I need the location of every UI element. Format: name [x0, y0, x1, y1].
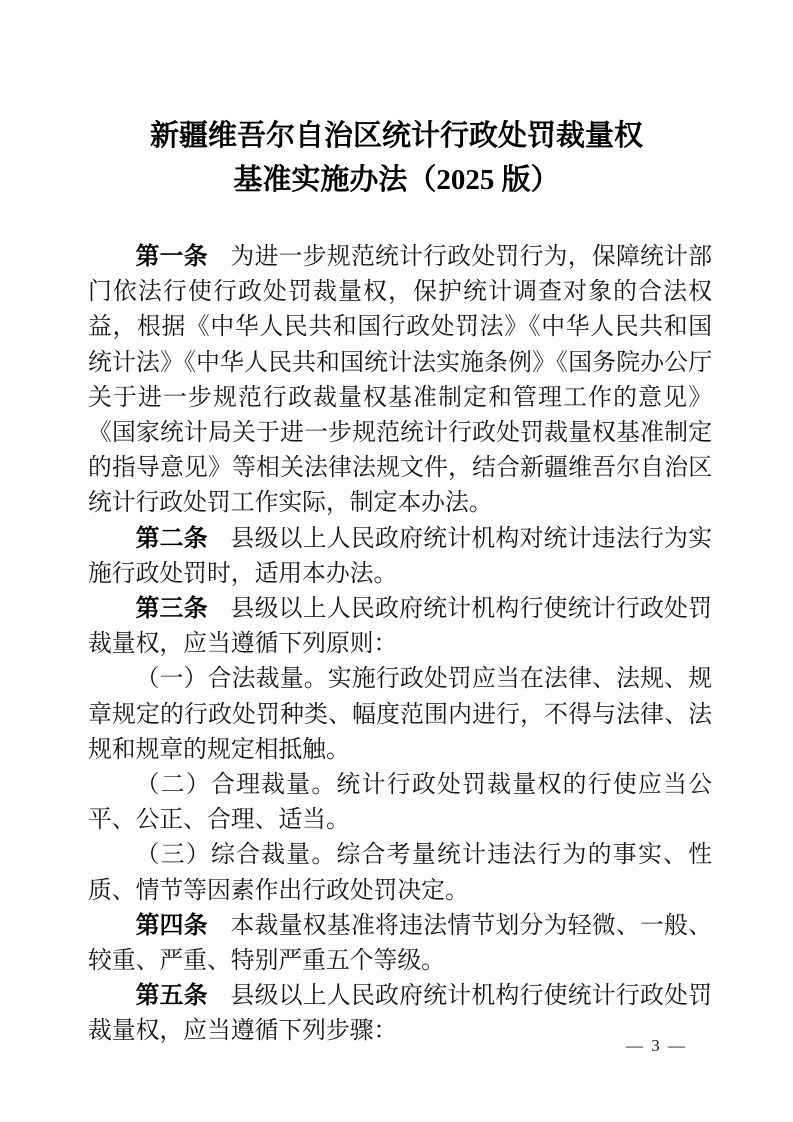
- article-text: （一）合法裁量。实施行政处罚应当在法律、法规、规章规定的行政处罚种类、幅度范围内…: [88, 666, 712, 762]
- article-label: 第三条: [136, 596, 208, 622]
- document-body: 第一条为进一步规范统计行政处罚行为，保障统计部门依法行使行政处罚裁量权，保护统计…: [88, 240, 712, 1050]
- document-page: 新疆维吾尔自治区统计行政处罚裁量权 基准实施办法（2025 版） 第一条为进一步…: [0, 0, 793, 1122]
- article-paragraph: （二）合理裁量。统计行政处罚裁量权的行使应当公平、公正、合理、适当。: [88, 768, 712, 838]
- document-title-line-2: 基准实施办法（2025 版）: [0, 158, 793, 202]
- article-paragraph: （三）综合裁量。综合考量统计违法行为的事实、性质、情节等因素作出行政处罚决定。: [88, 838, 712, 908]
- article-label: 第二条: [136, 526, 208, 552]
- article-paragraph: 第五条县级以上人民政府统计机构行使统计行政处罚裁量权，应当遵循下列步骤：: [88, 979, 712, 1049]
- article-paragraph: 第二条县级以上人民政府统计机构对统计违法行为实施行政处罚时，适用本办法。: [88, 522, 712, 592]
- article-label: 第五条: [136, 983, 208, 1009]
- article-paragraph: 第四条本裁量权基准将违法情节划分为轻微、一般、较重、严重、特别严重五个等级。: [88, 909, 712, 979]
- article-text: （三）综合裁量。综合考量统计违法行为的事实、性质、情节等因素作出行政处罚决定。: [88, 842, 712, 903]
- article-paragraph: 第一条为进一步规范统计行政处罚行为，保障统计部门依法行使行政处罚裁量权，保护统计…: [88, 240, 712, 522]
- document-title: 新疆维吾尔自治区统计行政处罚裁量权 基准实施办法（2025 版）: [0, 114, 793, 202]
- document-title-line-1: 新疆维吾尔自治区统计行政处罚裁量权: [0, 114, 793, 158]
- article-text: （二）合理裁量。统计行政处罚裁量权的行使应当公平、公正、合理、适当。: [88, 772, 712, 833]
- page-number: — 3 —: [626, 1036, 687, 1055]
- article-text: 为进一步规范统计行政处罚行为，保障统计部门依法行使行政处罚裁量权，保护统计调查对…: [88, 244, 712, 516]
- article-label: 第一条: [136, 244, 208, 270]
- article-label: 第四条: [136, 913, 208, 939]
- article-paragraph: （一）合法裁量。实施行政处罚应当在法律、法规、规章规定的行政处罚种类、幅度范围内…: [88, 662, 712, 768]
- article-paragraph: 第三条县级以上人民政府统计机构行使统计行政处罚裁量权，应当遵循下列原则：: [88, 592, 712, 662]
- page-footer: — 3 —: [626, 1035, 687, 1057]
